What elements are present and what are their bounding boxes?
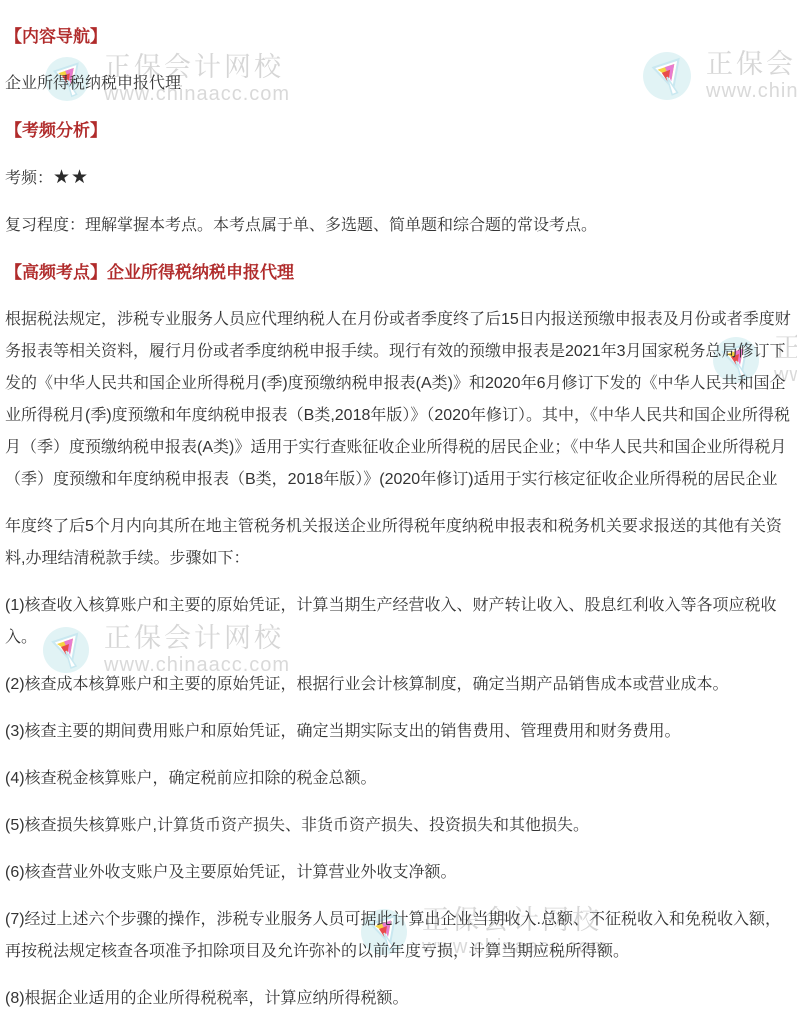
content-nav-item: 企业所得税纳税申报代理 [5,68,792,100]
section-header-hot-topic: 【高频考点】企业所得税纳税申报代理 [5,257,792,289]
freq-label: 考频： [5,170,53,187]
step-item: (5)核查损失核算账户,计算货币资产损失、非货币资产损失、投资损失和其他损失。 [5,810,792,842]
review-line: 复习程度：理解掌握本考点。本考点属于单、多选题、简单题和综合题的常设考点。 [5,210,792,242]
freq-line: 考频：★★ [5,162,792,195]
step-item: (6)核查营业外收支账户及主要原始凭证，计算营业外收支净额。 [5,857,792,889]
section-header-freq-analysis: 【考频分析】 [5,115,792,147]
freq-stars: ★★ [53,167,89,188]
step-item: (4)核查税金核算账户，确定税前应扣除的税金总额。 [5,763,792,795]
step-item: (3)核查主要的期间费用账户和原始凭证，确定当期实际支出的销售费用、管理费用和财… [5,716,792,748]
paragraph: 根据税法规定，涉税专业服务人员应代理纳税人在月份或者季度终了后15日内报送预缴申… [5,304,792,496]
paragraph: 年度终了后5个月内向其所在地主管税务机关报送企业所得税年度纳税申报表和税务机关要… [5,511,792,575]
article-content: 【内容导航】 企业所得税纳税申报代理 【考频分析】 考频：★★ 复习程度：理解掌… [0,0,797,1015]
document-page: 正保会计网校 www.chinaacc.com 正保会计网校 www.china… [0,0,797,1031]
step-item: (7)经过上述六个步骤的操作，涉税专业服务人员可据此计算出企业当期收入.总额、不… [5,904,792,968]
step-item: (2)核查成本核算账户和主要的原始凭证，根据行业会计核算制度，确定当期产品销售成… [5,669,792,701]
step-item: (1)核查收入核算账户和主要的原始凭证，计算当期生产经营收入、财产转让收入、股息… [5,590,792,654]
step-item: (8)根据企业适用的企业所得税税率，计算应纳所得税额。 [5,983,792,1015]
section-header-content-nav: 【内容导航】 [5,21,792,53]
